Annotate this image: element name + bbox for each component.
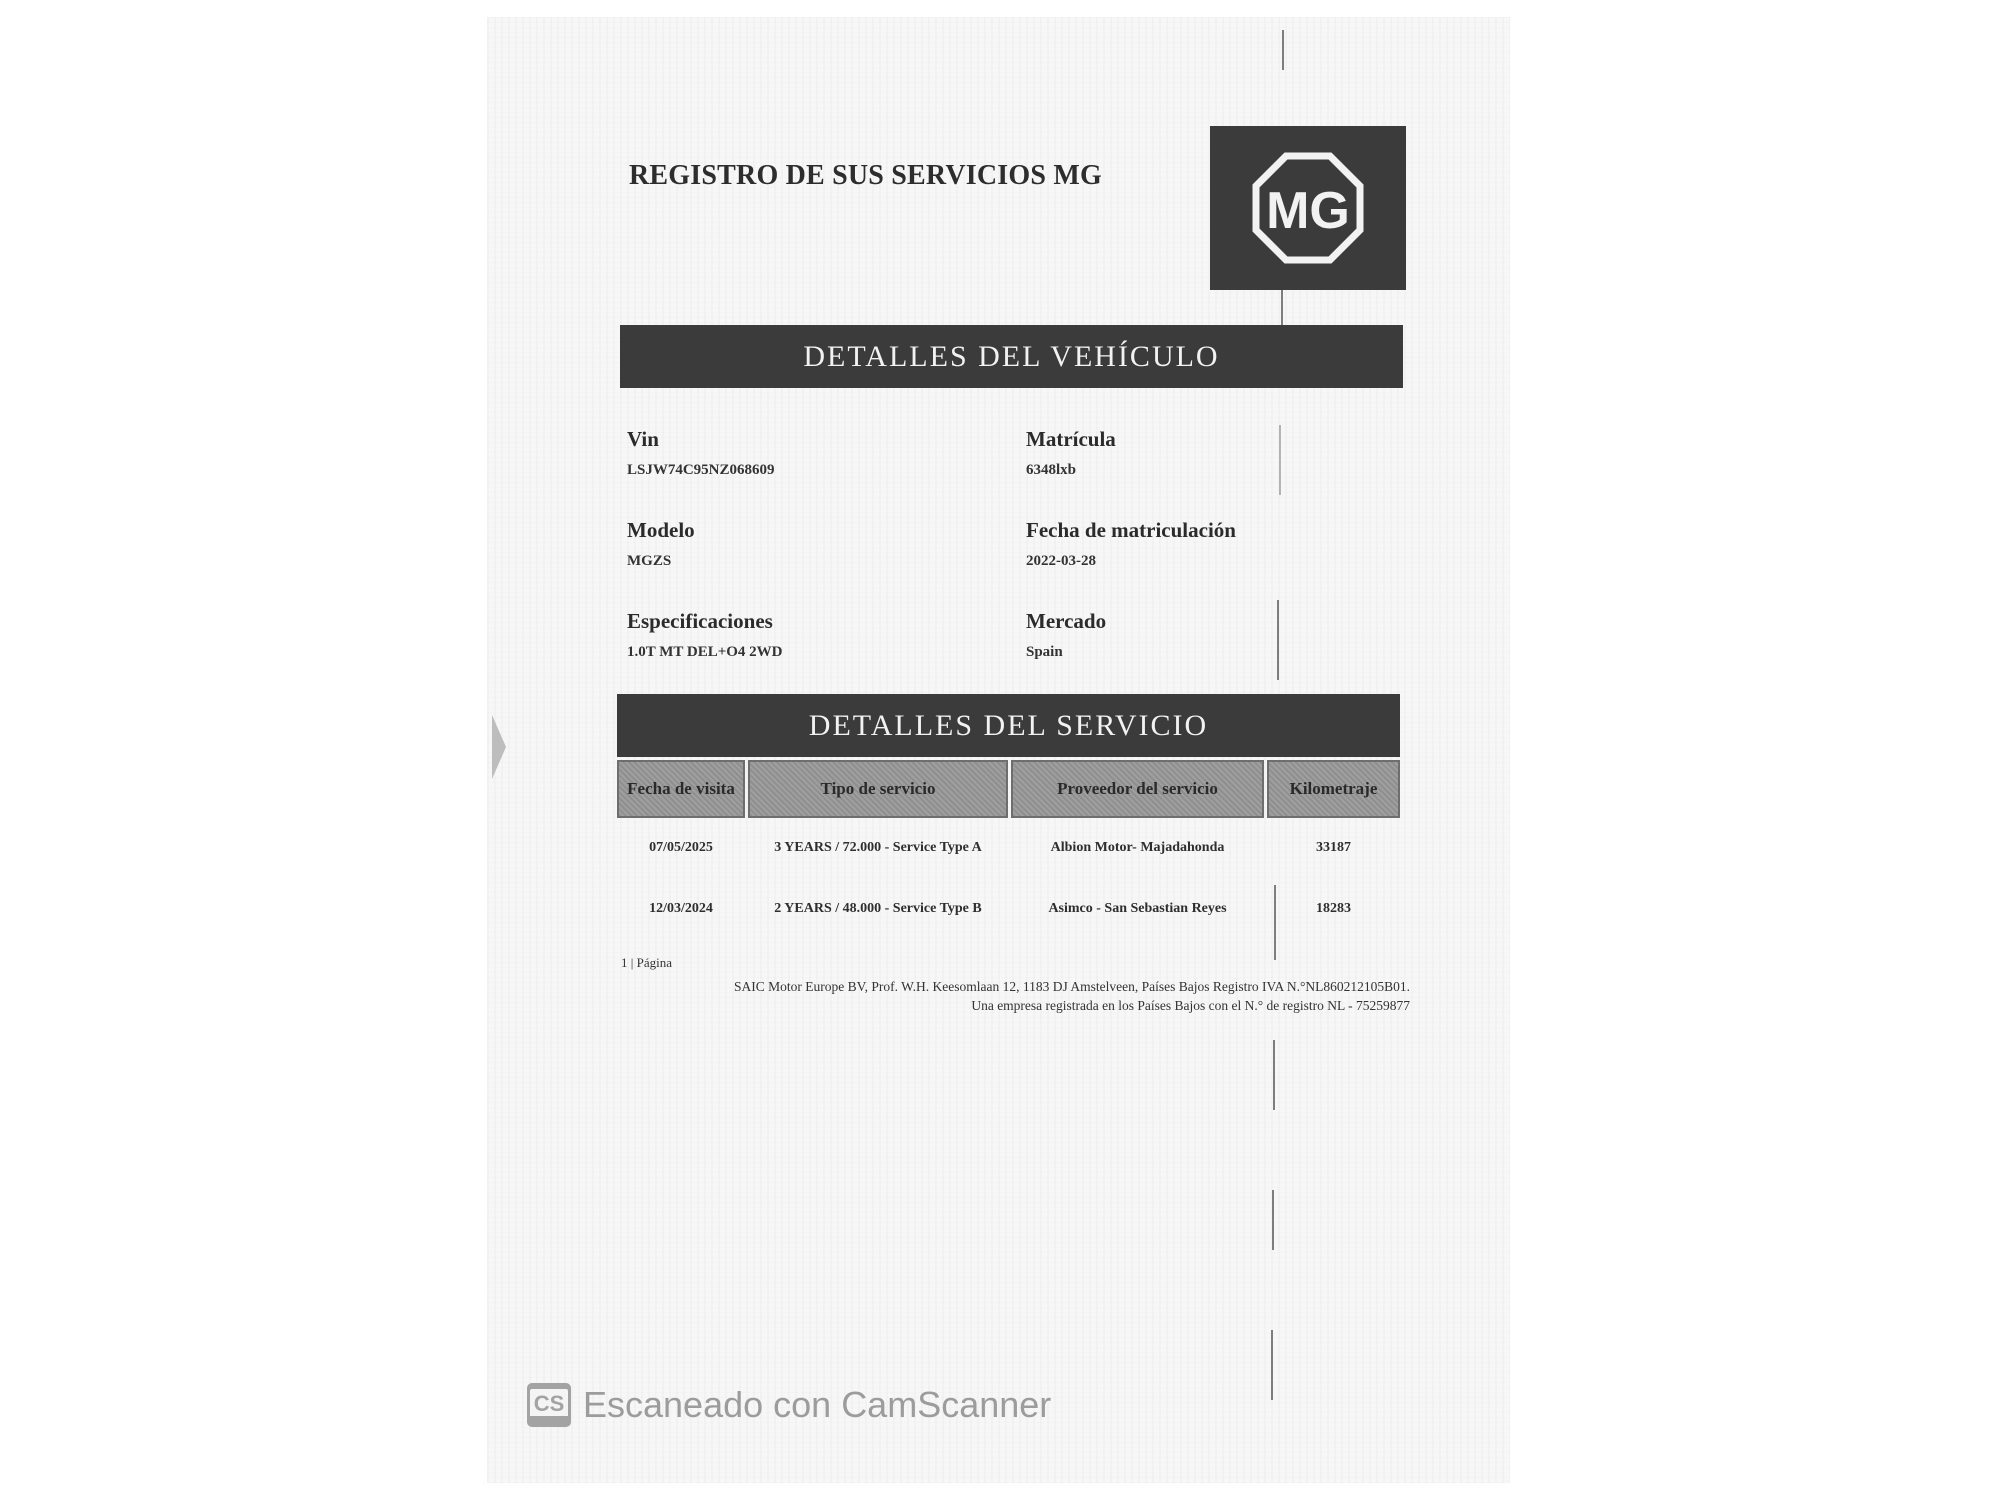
field-label: Fecha de matriculación <box>1026 518 1236 543</box>
watermark-text: Escaneado con CamScanner <box>583 1384 1051 1426</box>
scan-line-artifact <box>1282 30 1284 70</box>
scan-line-artifact <box>1274 885 1276 960</box>
field-vin: Vin LSJW74C95NZ068609 <box>627 427 775 479</box>
service-table-header: Fecha de visita Tipo de servicio Proveed… <box>617 760 1400 818</box>
field-value: MGZS <box>627 553 695 570</box>
field-modelo: Modelo MGZS <box>627 518 695 570</box>
footer-registration: Una empresa registrada en los Países Baj… <box>971 998 1410 1014</box>
cell-visit-date: 07/05/2025 <box>617 840 745 856</box>
field-value: 1.0T MT DEL+O4 2WD <box>627 644 783 661</box>
scan-line-artifact <box>1272 1190 1274 1250</box>
document-title: REGISTRO DE SUS SERVICIOS MG <box>629 160 1102 192</box>
scan-line-artifact <box>1279 425 1281 495</box>
page-number: 1 | Página <box>621 955 672 971</box>
scan-line-artifact <box>1277 600 1279 680</box>
field-mercado: Mercado Spain <box>1026 609 1106 661</box>
field-label: Modelo <box>627 518 695 543</box>
column-header: Tipo de servicio <box>748 760 1008 818</box>
field-value: 6348lxb <box>1026 462 1116 479</box>
svg-text:MG: MG <box>1266 182 1350 240</box>
cell-visit-date: 12/03/2024 <box>617 901 745 917</box>
field-value: Spain <box>1026 644 1106 661</box>
vehicle-details-heading: DETALLES DEL VEHÍCULO <box>620 325 1403 388</box>
table-row: 07/05/2025 3 YEARS / 72.000 - Service Ty… <box>617 840 1400 856</box>
column-header: Fecha de visita <box>617 760 745 818</box>
field-fecha-matriculacion: Fecha de matriculación 2022-03-28 <box>1026 518 1236 570</box>
field-label: Matrícula <box>1026 427 1116 452</box>
field-label: Mercado <box>1026 609 1106 634</box>
scan-edge-artifact <box>492 715 506 779</box>
cell-provider: Asimco - San Sebastian Reyes <box>1011 901 1264 917</box>
field-matricula: Matrícula 6348lxb <box>1026 427 1116 479</box>
field-value: LSJW74C95NZ068609 <box>627 462 775 479</box>
scan-line-artifact <box>1273 1040 1275 1110</box>
table-row: 12/03/2024 2 YEARS / 48.000 - Service Ty… <box>617 901 1400 917</box>
footer-address: SAIC Motor Europe BV, Prof. W.H. Keesoml… <box>734 979 1410 995</box>
field-label: Vin <box>627 427 775 452</box>
scan-line-artifact <box>1281 290 1283 325</box>
cell-service-type: 2 YEARS / 48.000 - Service Type B <box>748 901 1008 917</box>
cell-service-type: 3 YEARS / 72.000 - Service Type A <box>748 840 1008 856</box>
field-label: Especificaciones <box>627 609 783 634</box>
column-header: Kilometraje <box>1267 760 1400 818</box>
field-especificaciones: Especificaciones 1.0T MT DEL+O4 2WD <box>627 609 783 661</box>
mg-octagon-logo-icon: MG <box>1252 152 1364 264</box>
cell-mileage: 18283 <box>1267 901 1400 917</box>
field-value: 2022-03-28 <box>1026 553 1236 570</box>
camscanner-watermark: CS Escaneado con CamScanner <box>527 1383 1051 1427</box>
column-header: Proveedor del servicio <box>1011 760 1264 818</box>
mg-logo: MG <box>1210 126 1406 290</box>
camscanner-icon: CS <box>527 1383 571 1427</box>
scan-line-artifact <box>1271 1330 1273 1400</box>
cell-provider: Albion Motor- Majadahonda <box>1011 840 1264 856</box>
cell-mileage: 33187 <box>1267 840 1400 856</box>
service-details-heading: DETALLES DEL SERVICIO <box>617 694 1400 757</box>
